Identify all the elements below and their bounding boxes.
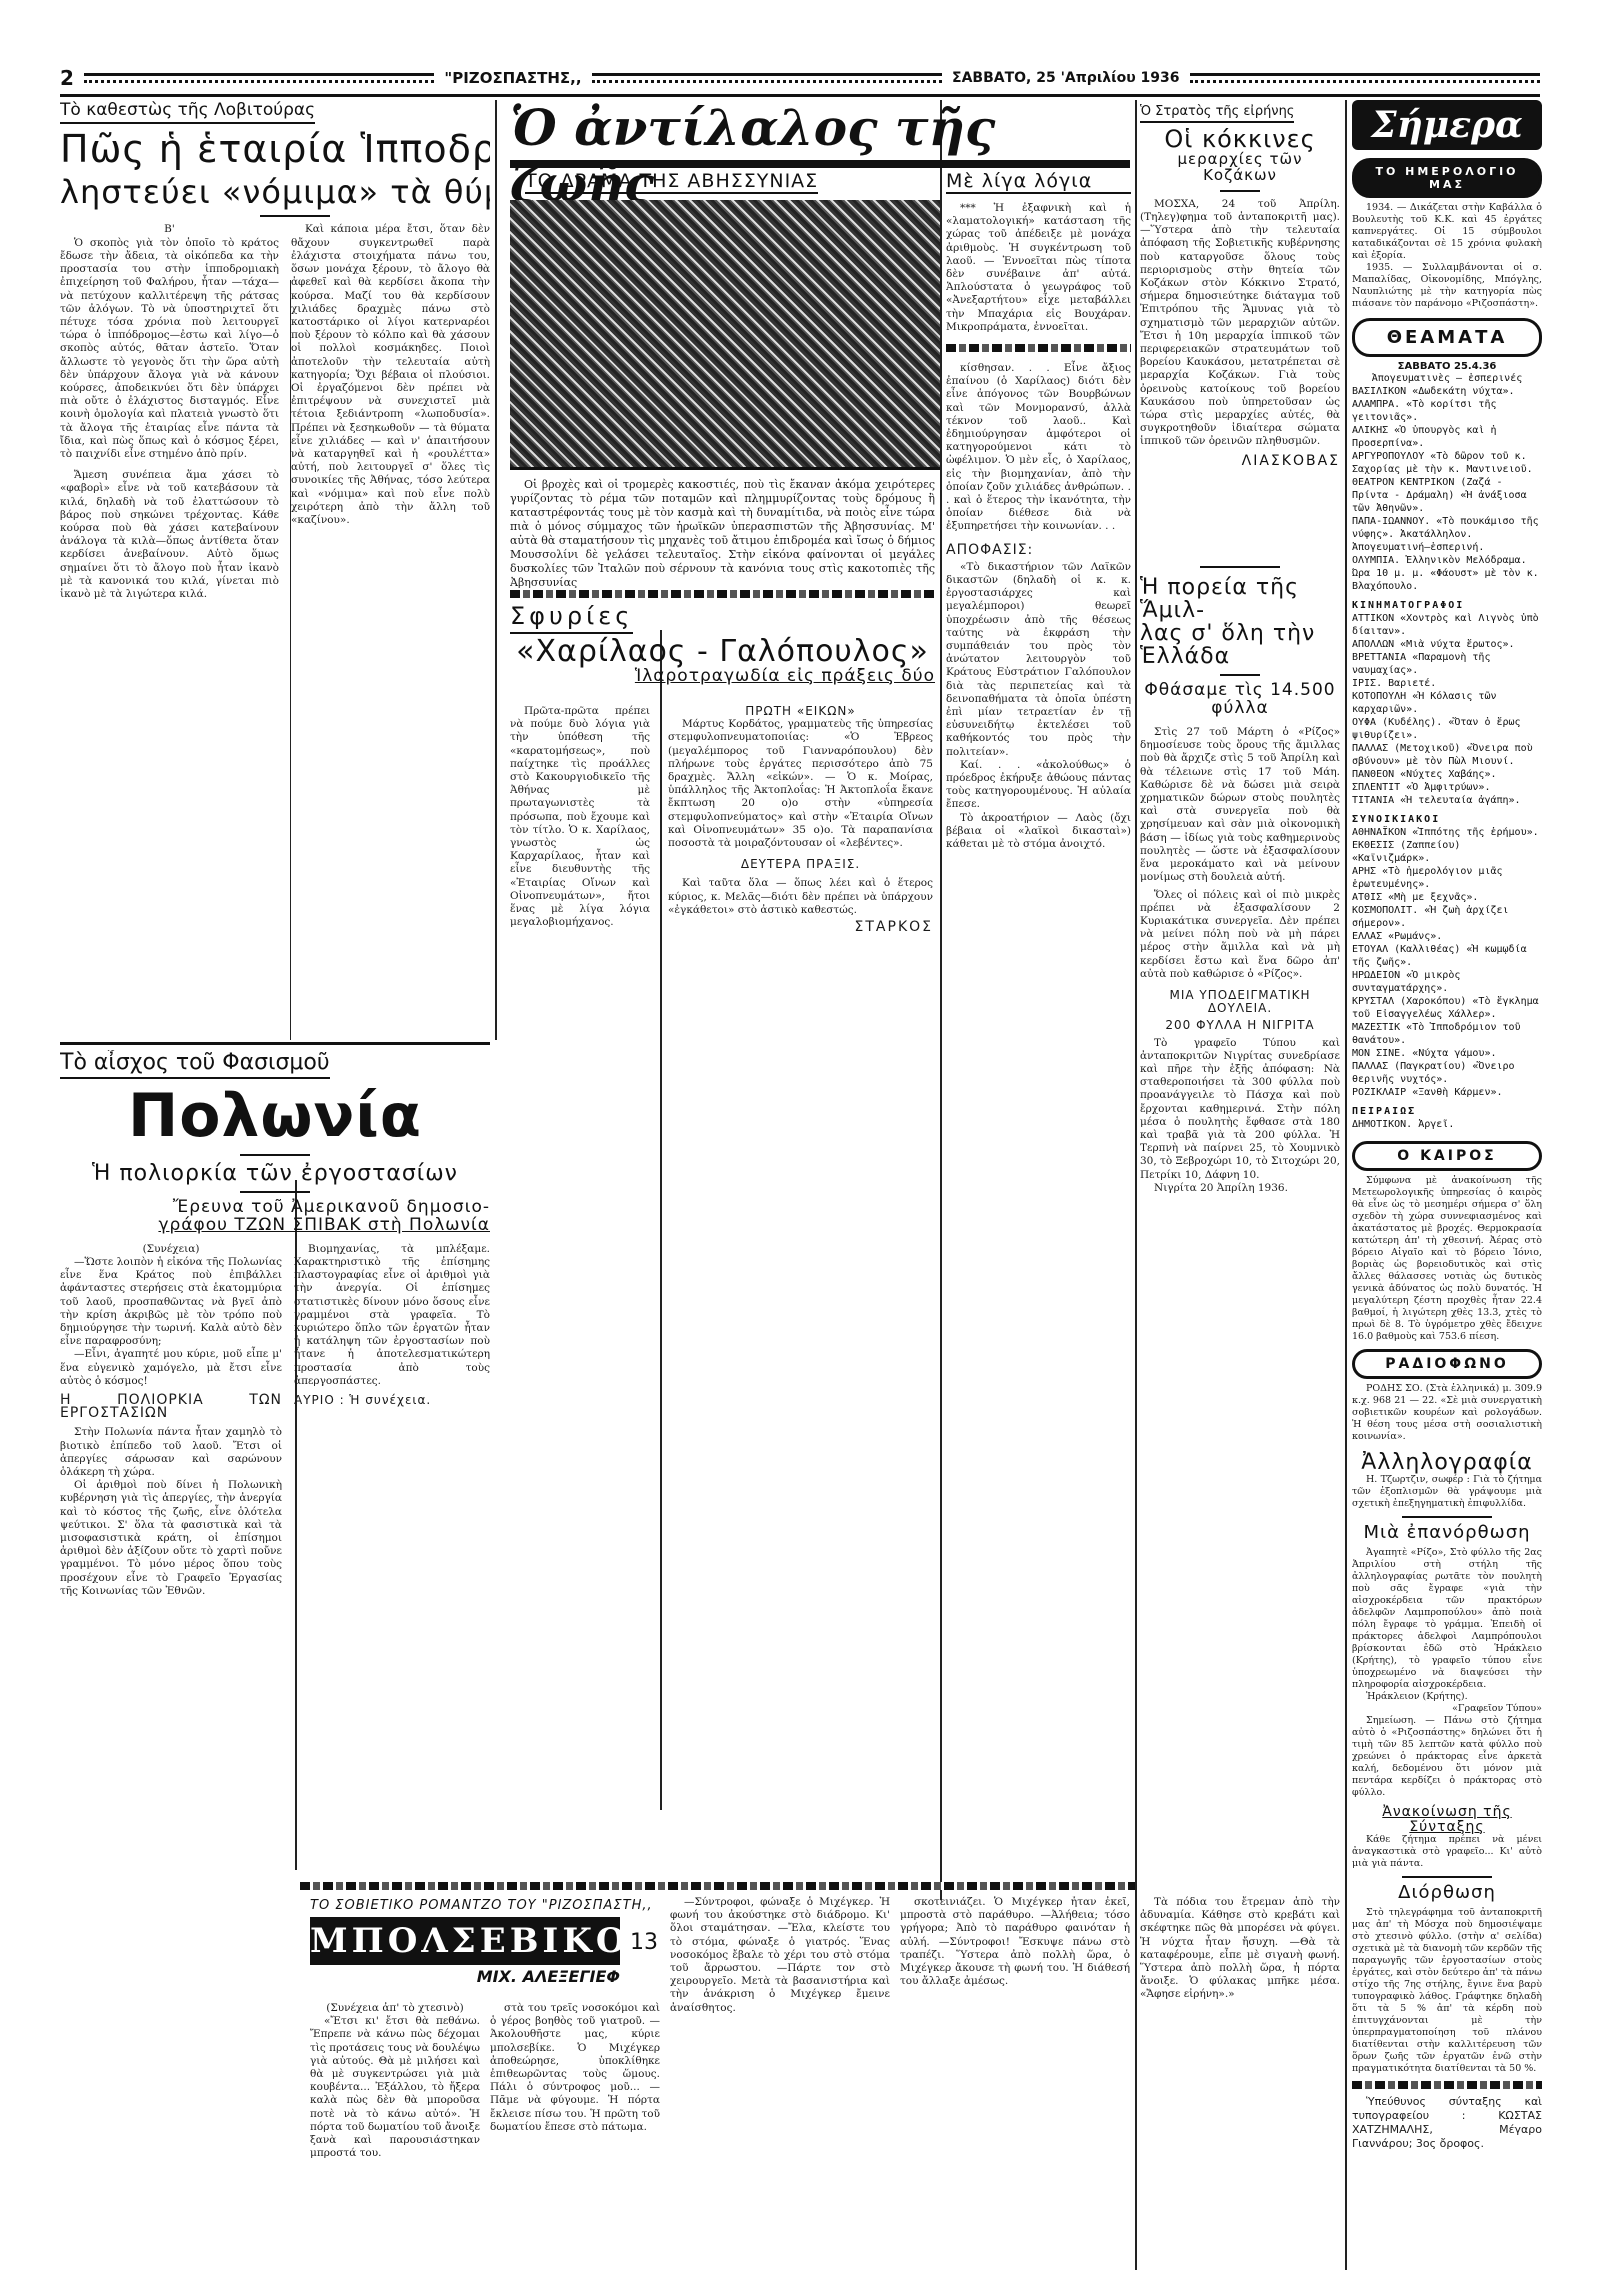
- shows-subtitle: Ἀπογευματινὲς — ἑσπερινές: [1352, 372, 1542, 385]
- hippodrome-col-1: Β' Ὁ σκοπὸς γιὰ τὸν ὁποῖο τὸ κράτος ἔδωσ…: [60, 223, 279, 601]
- hippodrome-kicker: Τὸ καθεστὼς τῆς Λοβιτούρας: [60, 100, 315, 124]
- weather-text: Σύμφωνα μὲ ἀνακοίνωση τῆς Μετεωρολογικῆς…: [1352, 1175, 1542, 1343]
- radio-title: ΡΑΔΙΟΦΩΝΟ: [1352, 1349, 1542, 1379]
- trial-kicker: Σφυρίες: [510, 602, 633, 634]
- union-text: Κάθε ζήτημα πρέπει νὰ μένει ἀναγκαστικὰ …: [1352, 1834, 1542, 1870]
- serial-author: ΜΙΧ. ΑΛΕΞΕΓΙΕΦ: [310, 1967, 620, 1986]
- correction-text: Ἀγαπητὲ «Ρίζο», Στὸ φύλλο τῆς 2ας Ἀπριλί…: [1352, 1547, 1542, 1799]
- listing-entry: ΑΠΟΛΛΩΝ «Μιὰ νύχτα ἔρωτος».: [1352, 638, 1542, 651]
- serial-col-5: Τὰ πόδια του ἔτρεμαν ἀπὸ τὴν ἀδυναμία. Κ…: [1140, 1896, 1340, 2276]
- contest-section-head-2: 200 ΦΥΛΛΑ Η ΝΙΓΡΙΤΑ: [1140, 1019, 1340, 1032]
- abyssinia-section-title: ΤΟ ΔΡΑΜΑ ΤΗΣ ΑΒΗΣΣΥΝΙΑΣ: [525, 172, 818, 194]
- serial-paragraph: —Σύντροφοι, φώναξε ὁ Μιχέγκερ. Ἡ φωνή το…: [670, 1896, 890, 2015]
- cossacks-headline-2: μεραρχίες τῶν Κοζάκων: [1140, 152, 1340, 184]
- serial-paragraph: στὰ του τρεῖς νοσοκόμοι καὶ ὁ γέρος βοηθ…: [490, 2002, 660, 2134]
- part-label: Β': [60, 223, 279, 236]
- serial-continued: (Συνέχεια ἀπ' τὸ χτεσινὸ): [310, 2002, 480, 2015]
- listing-entry: ΑΤΤΙΚΟΝ «Χοντρὸς καὶ Λιγνὸς ὑπὸ δίαιταν»…: [1352, 612, 1542, 638]
- trial-section-first: ΠΡΩΤΗ «ΕΙΚΩΝ»: [668, 705, 933, 718]
- contest-paragraph: Στὶς 27 τοῦ Μάρτη ὁ «Ρίζος» δημοσίευσε τ…: [1140, 726, 1340, 884]
- weather-paragraph: Σύμφωνα μὲ ἀνακοίνωση τῆς Μετεωρολογικῆς…: [1352, 1175, 1542, 1343]
- listing-entry: ΘΕΑΤΡΟΝ ΚΕΝΤΡΙΚΟΝ (Ζαζά - Πρίντα - Δράμα…: [1352, 476, 1542, 515]
- today-banner: Σήμερα: [1352, 100, 1542, 150]
- calendar-entry: 1934. — Δικάζεται στὴν Καβάλλα ὁ Βουλευτ…: [1352, 202, 1542, 262]
- listing-entry: ΑΛΑΜΠΡΑ. «Τὸ κορίτσι τῆς γειτονιᾶς».: [1352, 398, 1542, 424]
- listing-entry: ΟΥΦΑ (Κυδέλης). «Ὅταν ὁ ἔρως ψιθυρίζει».: [1352, 716, 1542, 742]
- abyssinia-caption: Οἱ βροχὲς καὶ οἱ τρομερὲς κακοστιές, ποὺ…: [510, 478, 935, 588]
- letters-title: Ἀλληλογραφία: [1352, 1451, 1542, 1474]
- listing-entry: ΑΡΗΣ «Τὸ ἡμερολόγιον μιᾶς ἐρωτευμένης».: [1352, 865, 1542, 891]
- hippodrome-paragraph: Ἄμεση συνέπεια ἅμα χάσει τὸ «φαβορὶ» εἶν…: [60, 469, 279, 601]
- poland-paragraph: Βιομηχανίας, τὰ μπλέξαμε. Χαρακτηριστικὸ…: [294, 1243, 490, 1388]
- listing-entry: ΕΚΘΕΣΙΣ (Ζαππείου) «Καϊνιζμάρκ».: [1352, 839, 1542, 865]
- hippodrome-col-2: Καὶ κάποια μέρα ἔτσι, ὅταν δὲν θἄχουν συ…: [291, 223, 490, 601]
- today-column: Σήμερα ΤΟ ΗΜΕΡΟΛΟΓΙΟ ΜΑΣ 1934. — Δικάζετ…: [1352, 100, 1542, 2280]
- listing-entry: ΚΟΤΟΠΟΥΛΗ «Ἡ Κόλασις τῶν καρχαριῶν».: [1352, 690, 1542, 716]
- column-divider: [495, 100, 497, 1040]
- poland-kicker: Τὸ αἶσχος τοῦ Φασισμοῦ: [60, 1050, 330, 1079]
- shows-title: ΘΕΑΜΑΤΑ: [1352, 318, 1542, 357]
- contest-headline-1: Ἡ πορεία τῆς Ἅμιλ-: [1140, 576, 1340, 622]
- separator: [946, 344, 1131, 352]
- cinemas-title: ΚΙΝΗΜΑΤΟΓΡΑΦΟΙ: [1352, 599, 1542, 612]
- masthead-underline: [60, 94, 1540, 97]
- listing-entry: ΑΤΘΙΣ «Μὴ με ξεχνᾶς».: [1352, 891, 1542, 904]
- trial-paragraph: Τὸ ἀκροατήριον — Λαὸς (ὄχι βέβαια οἱ «λα…: [946, 812, 1131, 852]
- contest-headline-2: λας σ' ὅλη τὴν Ἑλλάδα: [1140, 622, 1340, 668]
- listing-entry: ΑΡΓΥΡΟΠΟΥΛΟΥ «Τὸ δῶρον τοῦ κ. Σαχορίας μ…: [1352, 450, 1542, 476]
- listing-entry: ΠΑΠΑ-ΙΩΑΝΝΟΥ. «Τὸ πουκάμισο τῆς νύφης». …: [1352, 515, 1542, 554]
- headline-rule: [1220, 674, 1260, 676]
- separator: [1352, 2081, 1542, 2089]
- radio-paragraph: ΡΟΔΗΣ ΣΟ. (Στὰ ἑλληνικά) μ. 309.9 κ.χ. 9…: [1352, 1383, 1542, 1443]
- trial-paragraph: Καί. . . «ἀκολούθως» ὁ πρόεδρος ἐκήρυξε …: [946, 759, 1131, 812]
- poland-subheadline: Ἡ πολιορκία τῶν ἐργοστασίων: [60, 1162, 490, 1185]
- issue-date: ΣΑΒΒΑΤΟ, 25 'Απριλίου 1936: [952, 70, 1179, 86]
- newspaper-name: "ΡΙΖΟΣΠΑΣΤΗΣ,,: [444, 69, 581, 87]
- continued-label: (Συνέχεια): [60, 1243, 282, 1256]
- serial-col-2: στὰ του τρεῖς νοσοκόμοι καὶ ὁ γέρος βοηθ…: [490, 2002, 660, 2272]
- hippodrome-paragraph: Καὶ κάποια μέρα ἔτσι, ὅταν δὲν θἄχουν συ…: [291, 223, 490, 527]
- letters-text: Η. Τζωρτζιν, σωφέρ : Γιὰ τὸ ζήτημα τῶν ἐ…: [1352, 1474, 1542, 1510]
- listing-entry: ΙΡΙΣ. Βαριετέ.: [1352, 677, 1542, 690]
- hippodrome-paragraph: Ὁ σκοπὸς γιὰ τὸν ὁποῖο τὸ κράτος ἔδωσε τ…: [60, 237, 279, 461]
- few-words-column: Μὲ λίγα λόγια *** Ἡ ἐξαφνικὴ καὶ ἡ «λαμα…: [946, 172, 1131, 1412]
- trial-col-2: ΠΡΩΤΗ «ΕΙΚΩΝ» Μάρτυς Κορδάτος, γραμματεὺ…: [668, 705, 933, 1805]
- section-rule: [60, 1042, 490, 1045]
- trial-header: Σφυρίες «Χαρίλαος - Γαλόπουλος» Ἱλαροτρα…: [510, 602, 935, 697]
- listing-entry: ΜΑΖΕΣΤΙΚ «Τὸ Ἱπποδρόμιον τοῦ θανάτου».: [1352, 1021, 1542, 1047]
- listing-entry: ΑΛΙΚΗΣ «Ὁ ὑπουργὸς καὶ ἡ Προσερπίνα».: [1352, 424, 1542, 450]
- cossacks-kicker: Ὁ Στρατὸς τῆς εἰρήνης: [1140, 104, 1294, 123]
- contest-paragraph: Τὸ γραφεῖο Τύπου καὶ ἀνταποκριτῶν Νιγρίτ…: [1140, 1037, 1340, 1182]
- headline-rule: [260, 215, 330, 217]
- erratum-text: Στὸ τηλεγράφημα τοῦ ἀνταποκριτῆ μας ἀπ' …: [1352, 1907, 1542, 2075]
- union-paragraph: Κάθε ζήτημα πρέπει νὰ μένει ἀναγκαστικὰ …: [1352, 1834, 1542, 1870]
- listing-entry: ΜΟΝ ΣΙΝΕ. «Νύχτα γάμου».: [1352, 1047, 1542, 1060]
- headline-rule: [240, 1191, 310, 1193]
- poland-paragraph: Στὴν Πολωνία πάντα ἦταν χαμηλὸ τὸ βιοτικ…: [60, 1426, 282, 1479]
- trial-col-1: Πρῶτα-πρῶτα πρέπει νὰ πούμε δυὸ λόγια γι…: [510, 705, 650, 1805]
- radio-text: ΡΟΔΗΣ ΣΟ. (Στὰ ἑλληνικά) μ. 309.9 κ.χ. 9…: [1352, 1383, 1542, 1443]
- correction-title: Μιὰ ἐπανόρθωση: [1352, 1524, 1542, 1543]
- trial-paragraph: Μάρτυς Κορδάτος, γραμματεὺς τῆς ὑπηρεσία…: [668, 718, 933, 850]
- trial-paragraph: Καὶ ταῦτα ὅλα — ὅπως λέει καὶ ὁ ἕτερος κ…: [668, 877, 933, 917]
- piraeus-title: ΠΕΙΡΑΙΩΣ: [1352, 1105, 1542, 1118]
- erratum-paragraph: Στὸ τηλεγράφημα τοῦ ἀνταποκριτῆ μας ἀπ' …: [1352, 1907, 1542, 2075]
- column-divider: [1135, 100, 1137, 2270]
- trial-paragraph: κίσθησαν. . . Εἶνε ἄξιος ἐπαίνου (ὁ Χαρί…: [946, 362, 1131, 534]
- cossacks-headline-1: Οἱ κόκκινες: [1140, 127, 1340, 152]
- imprint: Ὑπεύθυνος σύνταξης καὶ τυπογραφείου : ΚΩ…: [1352, 2095, 1542, 2151]
- poland-col-2: Βιομηχανίας, τὰ μπλέξαμε. Χαρακτηριστικὸ…: [294, 1243, 490, 1598]
- listing-entry: ΕΤΟΥΑΛ (Καλλιθέας) «Ἡ κωμῳδία τῆς ζωῆς».: [1352, 943, 1542, 969]
- column-divider: [940, 100, 942, 1900]
- contest-article: Ἡ πορεία τῆς Ἅμιλ- λας σ' ὅλη τὴν Ἑλλάδα…: [1140, 560, 1340, 1810]
- listing-entry: ΒΑΣΙΛΙΚΟΝ «Δωδεκάτη νύχτα».: [1352, 385, 1542, 398]
- poland-paragraph: Οἱ ἀριθμοὶ ποὺ δίνει ἡ Πολωνικὴ κυβέρνησ…: [60, 1479, 282, 1598]
- serial-col-1: (Συνέχεια ἀπ' τὸ χτεσινὸ) «Ἔτσι κι' ἔτσι…: [310, 2002, 480, 2272]
- serial-col-3: —Σύντροφοι, φώναξε ὁ Μιχέγκερ. Ἡ φωνή το…: [670, 1896, 890, 2276]
- separator: [510, 590, 935, 598]
- serial-col-4: σκοτεινιάζει. Ὁ Μιχέγκερ ἦταν ἐκεῖ, μπρο…: [900, 1896, 1130, 2276]
- listing-entry: ΔΗΜΟΤΙΚΟΝ. Ἀργεῖ.: [1352, 1118, 1542, 1131]
- cossacks-text: ΜΟΣΧΑ, 24 τοῦ Ἀπρίλη. (Τηλεγ)φημα τοῦ ἀν…: [1140, 198, 1340, 449]
- serial-installment: 13: [630, 1930, 658, 1955]
- poland-tomorrow: ΑΥΡΙΟ : Ἡ συνέχεια.: [294, 1394, 490, 1407]
- listing-entry: ΡΟΖΙΚΛΑΙΡ «Ξανθὴ Κάρμεν».: [1352, 1086, 1542, 1099]
- contest-dateline: Νιγρίτα 20 Ἀπρίλη 1936.: [1140, 1182, 1340, 1195]
- headline-rule: [1200, 566, 1280, 568]
- contest-subheadline: Φθάσαμε τὶς 14.500 φύλλα: [1140, 682, 1340, 718]
- listing-entry: ΚΟΣΜΟΠΟΛΙΤ. «Ἡ ζωὴ ἀρχίζει σήμερον».: [1352, 904, 1542, 930]
- column-divider: [660, 630, 662, 1810]
- weather-title: Ο ΚΑΙΡΟΣ: [1352, 1141, 1542, 1171]
- masthead-rule-3: [1190, 73, 1541, 83]
- trial-subheadline: Ἱλαροτραγωδία εἰς πράξεις δύο: [510, 668, 935, 686]
- listing-entry: ΠΑΛΛΑΣ (Παγκρατίου) «Ὄνειρο θερινῆς νυχτ…: [1352, 1060, 1542, 1086]
- section-rule: [1402, 1516, 1492, 1518]
- erratum-title: Διόρθωση: [1352, 1884, 1542, 1903]
- note-paragraph: Σημείωση. — Πάνω στὸ ζήτημα αὐτὸ ὁ «Ριζο…: [1352, 1715, 1542, 1799]
- calendar-title: ΤΟ ΗΜΕΡΟΛΟΓΙΟ ΜΑΣ: [1352, 158, 1542, 198]
- headline-rule: [1220, 190, 1260, 192]
- banner-rule: [510, 160, 1130, 168]
- poland-col-1: (Συνέχεια) —Ὥστε λοιπὸν ἡ εἰκόνα τῆς Πολ…: [60, 1243, 282, 1598]
- column-divider: [1345, 100, 1347, 2270]
- contest-text: Στὶς 27 τοῦ Μάρτη ὁ «Ρίζος» δημοσίευσε τ…: [1140, 726, 1340, 1195]
- listing-entry: ΒΡΕΤΤΑΝΙΑ «Παραμονὴ τῆς ναυμαχίας».: [1352, 651, 1542, 677]
- poland-paragraph: —Ὥστε λοιπὸν ἡ εἰκόνα τῆς Πολωνίας εἶνε …: [60, 1256, 282, 1348]
- hippodrome-article: Τὸ καθεστὼς τῆς Λοβιτούρας Πῶς ἡ ἑταιρία…: [60, 100, 490, 1045]
- masthead-rule-2: [592, 73, 943, 83]
- poland-article: Τὸ αἶσχος τοῦ Φασισμοῦ Πολωνία Ἡ πολιορκ…: [60, 1050, 490, 1880]
- correction-signature: «Γραφεῖον Τύπου»: [1352, 1703, 1542, 1715]
- shows-listing: Ἀπογευματινὲς — ἑσπερινές ΒΑΣΙΛΙΚΟΝ «Δωδ…: [1352, 372, 1542, 1131]
- serial-paragraph: «Ἔτσι κι' ἔτσι θὰ πεθάνω. Ἔπρεπε νὰ κάνω…: [310, 2015, 480, 2160]
- few-words-title: Μὲ λίγα λόγια: [946, 172, 1131, 194]
- masthead-rule: [84, 73, 435, 83]
- poland-section-head: Η ΠΟΛΙΟΡΚΙΑ ΤΩΝ ΕΡΓΟΣΤΑΣΙΩΝ: [60, 1394, 282, 1420]
- page-number: 2: [60, 66, 74, 90]
- serial-paragraph: Τὰ πόδια του ἔτρεμαν ἀπὸ τὴν ἀδυναμία. Κ…: [1140, 1896, 1340, 2002]
- page-masthead: 2 "ΡΙΖΟΣΠΑΣΤΗΣ,, ΣΑΒΒΑΤΟ, 25 'Απριλίου 1…: [60, 64, 1540, 92]
- listing-entry: ΗΡΩΔΕΙΟΝ «Ὁ μικρὸς συνταγματάρχης».: [1352, 969, 1542, 995]
- union-title: Ἀνακοίνωση τῆς Σύνταξης: [1352, 1805, 1542, 1834]
- correction-paragraph: Ἀγαπητὲ «Ρίζο», Στὸ φύλλο τῆς 2ας Ἀπριλί…: [1352, 1547, 1542, 1691]
- trial-section-decision: ΑΠΟΦΑΣΙΣ:: [946, 544, 1131, 557]
- poland-paragraph: —Εἶνι, ἀγαπητέ μου κύριε, μοῦ εἶπε μ' ἕν…: [60, 1348, 282, 1388]
- trial-headline: «Χαρίλαος - Γαλόπουλος»: [510, 636, 935, 668]
- section-rule: [1402, 1876, 1492, 1878]
- shows-date: ΣΑΒΒΑΤΟ 25.4.36: [1352, 361, 1542, 372]
- cossacks-paragraph: ΜΟΣΧΑ, 24 τοῦ Ἀπρίλη. (Τηλεγ)φημα τοῦ ἀν…: [1140, 198, 1340, 449]
- few-words-text: *** Ἡ ἐξαφνικὴ καὶ ἡ «λαματολογική» κατά…: [946, 202, 1131, 334]
- imprint-text: Ὑπεύθυνος σύνταξης καὶ τυπογραφείου : ΚΩ…: [1352, 2095, 1542, 2151]
- contest-paragraph: Ὅλες οἱ πόλεις καὶ οἱ πιὸ μικρὲς πρέπει …: [1140, 889, 1340, 981]
- serial-header: ΤΟ ΣΟΒΙΕΤΙΚΟ ΡΟΜΑΝΤΖΟ ΤΟΥ "ΡΙΖΟΣΠΑΣΤΗ,, …: [310, 1898, 670, 1986]
- listing-entry: ΠΑΝΘΕΟΝ «Νύχτες Χαβάης».: [1352, 768, 1542, 781]
- listing-entry: ΚΡΥΣΤΑΛ (Χαροκόπου) «Τὸ ἔγκλημα τοῦ Εἰσα…: [1352, 995, 1542, 1021]
- trial-col-3: κίσθησαν. . . Εἶνε ἄξιος ἐπαίνου (ὁ Χαρί…: [946, 362, 1131, 851]
- listing-entry: ΟΛΥΜΠΙΑ. Ἑλληνικὸν Μελόδραμα. Ὥρα 10 μ. …: [1352, 554, 1542, 593]
- hippodrome-headline-1: Πῶς ἡ ἑταιρία Ἱπποδρόμου: [60, 130, 490, 170]
- calendar-entries: 1934. — Δικάζεται στὴν Καβάλλα ὁ Βουλευτ…: [1352, 202, 1542, 310]
- listing-entry: ΠΑΛΛΑΣ (Μετοχικοῦ) «Ὄνειρα ποὺ σβύνουν» …: [1352, 742, 1542, 768]
- contest-section-head-1: ΜΙΑ ΥΠΟΔΕΙΓΜΑΤΙΚΗ ΔΟΥΛΕΙΑ.: [1140, 989, 1340, 1015]
- poland-byline-2: γράφου ΤΖΩΝ ΣΠΙΒΑΚ στὴ Πολωνία: [60, 1217, 490, 1235]
- caption-text: Οἱ βροχὲς καὶ οἱ τρομερὲς κακοστιές, ποὺ…: [510, 478, 935, 588]
- listing-entry: ΣΠΛΕΝΤΙΤ «Ὁ Ἀμφιτρύων».: [1352, 781, 1542, 794]
- trial-paragraph: «Τὸ δικαστήριον τῶν Λαϊκῶν δικαστῶν (δηλ…: [946, 561, 1131, 759]
- headline-rule: [240, 1154, 310, 1156]
- poland-headline: Πολωνία: [60, 1085, 490, 1148]
- neighborhood-title: ΣΥΝΟΙΚΙΑΚΟΙ: [1352, 813, 1542, 826]
- cossacks-signature: ΛΙΑΣΚΟΒΑΣ: [1140, 453, 1340, 469]
- photo-italian-troops: [510, 200, 940, 470]
- listing-entry: ΕΛΛΑΣ «Ρωμάνς».: [1352, 930, 1542, 943]
- serial-title: ΜΠΟΛΣΕΒΙΚΟΙ: [310, 1917, 620, 1965]
- abyssinia-banner: Ὁ ἀντίλαλος τῆς ζωῆς: [500, 100, 1130, 160]
- trial-signature: ΣΤΑΡΚΟΣ: [668, 921, 933, 934]
- separator: [300, 1882, 1135, 1890]
- correction-place: Ἡράκλειον (Κρήτης).: [1352, 1691, 1542, 1703]
- trial-paragraph: Πρῶτα-πρῶτα πρέπει νὰ πούμε δυὸ λόγια γι…: [510, 705, 650, 929]
- few-words-paragraph: *** Ἡ ἐξαφνικὴ καὶ ἡ «λαματολογική» κατά…: [946, 202, 1131, 334]
- hippodrome-headline-2: ληστεύει «νόμιμα» τὰ θύματά της: [60, 176, 490, 210]
- listing-entry: ΤΙΤΑΝΙΑ «Ἡ τελευταία ἀγάπη».: [1352, 794, 1542, 807]
- listing-entry: ΑΘΗΝΑΪΚΟΝ «Ἱππότης τῆς ἐρήμου».: [1352, 826, 1542, 839]
- serial-label: ΤΟ ΣΟΒΙΕΤΙΚΟ ΡΟΜΑΝΤΖΟ ΤΟΥ "ΡΙΖΟΣΠΑΣΤΗ,,: [310, 1898, 670, 1913]
- calendar-entry: 1935. — Συλλαμβάνονται οἱ σ. Μαπαλίδας, …: [1352, 262, 1542, 310]
- trial-section-second: ΔΕΥΤΕΡΑ ΠΡΑΞΙΣ.: [668, 858, 933, 871]
- letters-paragraph: Η. Τζωρτζιν, σωφέρ : Γιὰ τὸ ζήτημα τῶν ἐ…: [1352, 1474, 1542, 1510]
- serial-paragraph: σκοτεινιάζει. Ὁ Μιχέγκερ ἦταν ἐκεῖ, μπρο…: [900, 1896, 1130, 1988]
